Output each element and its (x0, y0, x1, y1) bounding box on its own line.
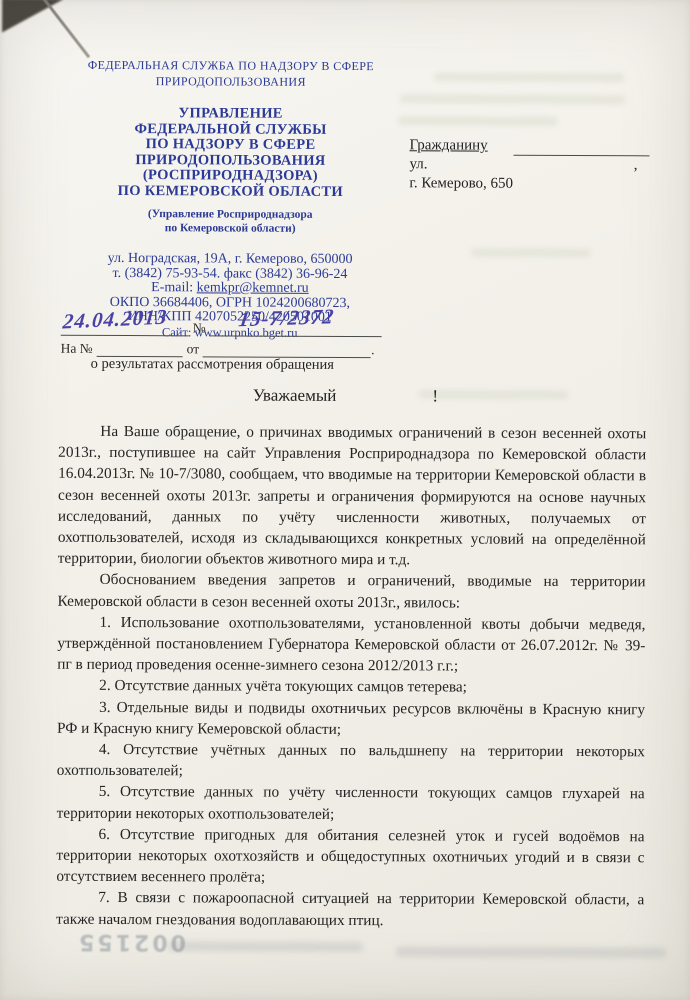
handwritten-date: 24.04.2013 (62, 304, 169, 334)
subject-line: о результатах рассмотрения обращения (91, 356, 334, 374)
incoming-row: На № от . (61, 336, 397, 358)
org-name-line: ПО НАДЗОРУ В СФЕРЕ (68, 137, 394, 154)
addressee-city: г. Кемерово, 650 (409, 174, 649, 194)
outgoing-row: 24.04.2013 № 15-7/2372 (61, 315, 397, 337)
salutation: Уважаемый ! (0, 384, 690, 407)
body-list-item: 6. Отсутствие пригодных для обитания сел… (56, 824, 644, 890)
salutation-exclamation: ! (432, 386, 438, 406)
page-content: 002155 ФЕДЕРАЛЬНАЯ СЛУЖБА ПО НАДЗОРУ В С… (0, 0, 690, 1000)
addressee-name-blank (514, 141, 650, 157)
bleedthrough-stamp-number: 002155 (76, 929, 186, 954)
addressee-street-comma: , (634, 156, 650, 175)
trailing-period: . (371, 342, 374, 358)
org-short-name-line2: по Кемеровской области) (67, 221, 393, 236)
body-list-item: 2. Отсутствие данных учёта токующих самц… (57, 675, 645, 699)
addressee-row1: Гражданину (410, 136, 650, 156)
bleedthrough-smudge (396, 946, 666, 958)
body-list-item: 4. Отсутствие учётных данных по вальдшне… (57, 739, 645, 784)
bleedthrough-smudge (434, 72, 624, 82)
org-short-name-line1: (Управление Росприроднадзора (67, 207, 393, 222)
incoming-number-blank (97, 341, 183, 357)
bleedthrough-smudge (400, 94, 625, 104)
bleedthrough-smudge (168, 941, 363, 952)
bleedthrough-smudge (471, 249, 591, 258)
organization-short-name: (Управление Росприроднадзора по Кемеровс… (67, 207, 393, 236)
body-paragraph: На Ваше обращение, о причинах вводимых о… (58, 421, 647, 572)
addressee-street: ул. (409, 155, 427, 174)
parent-agency-name-line2: ПРИРОДОПОЛЬЗОВАНИЯ (68, 73, 394, 90)
body-list-item: 1. Использование охотпользователями, уст… (57, 612, 645, 678)
org-name-line: ПО КЕМЕРОВСКОЙ ОБЛАСТИ (67, 183, 393, 200)
email-label: E-mail: (151, 280, 197, 295)
ot-label: от (183, 341, 204, 357)
parent-agency-name-line1: ФЕДЕРАЛЬНАЯ СЛУЖБА ПО НАДЗОРУ В СФЕРЕ (68, 57, 394, 74)
scanned-letter-page: 002155 ФЕДЕРАЛЬНАЯ СЛУЖБА ПО НАДЗОРУ В С… (0, 0, 690, 1000)
salutation-text: Уважаемый (253, 386, 337, 406)
addressee-row2: ул. , (409, 155, 649, 175)
org-name-line: УПРАВЛЕНИЕ (68, 106, 394, 123)
body-paragraph: Обоснованием введения запретов и огранич… (58, 569, 646, 614)
letterhead: ФЕДЕРАЛЬНАЯ СЛУЖБА ПО НАДЗОРУ В СФЕРЕ ПР… (67, 57, 394, 340)
letter-body: На Ваше обращение, о причинах вводимых о… (56, 421, 646, 932)
addressee-block: Гражданину ул. , г. Кемерово, 650 (409, 136, 649, 194)
addressee-title: Гражданину (410, 136, 488, 155)
organization-name: УПРАВЛЕНИЕ ФЕДЕРАЛЬНОЙ СЛУЖБЫ ПО НАДЗОРУ… (67, 106, 393, 200)
handwritten-number: 15-7/2372 (237, 304, 336, 332)
org-name-line: (РОСПРИРОДНАДЗОРА) (67, 168, 393, 185)
body-list-item: 5. Отсутствие данных по учёту численност… (57, 781, 645, 826)
number-sign: № (189, 320, 210, 336)
bleedthrough-smudge (398, 116, 558, 126)
body-list-item: 7. В связи с пожароопасной ситуацией на … (56, 887, 644, 932)
body-list-item: 3. Отдельные виды и подвиды охотничьих р… (57, 696, 645, 741)
email-address: kemkpr@kemnet.ru (197, 280, 309, 295)
reference-block: 24.04.2013 № 15-7/2372 На № от . (61, 315, 397, 358)
na-label: На № (61, 341, 97, 357)
